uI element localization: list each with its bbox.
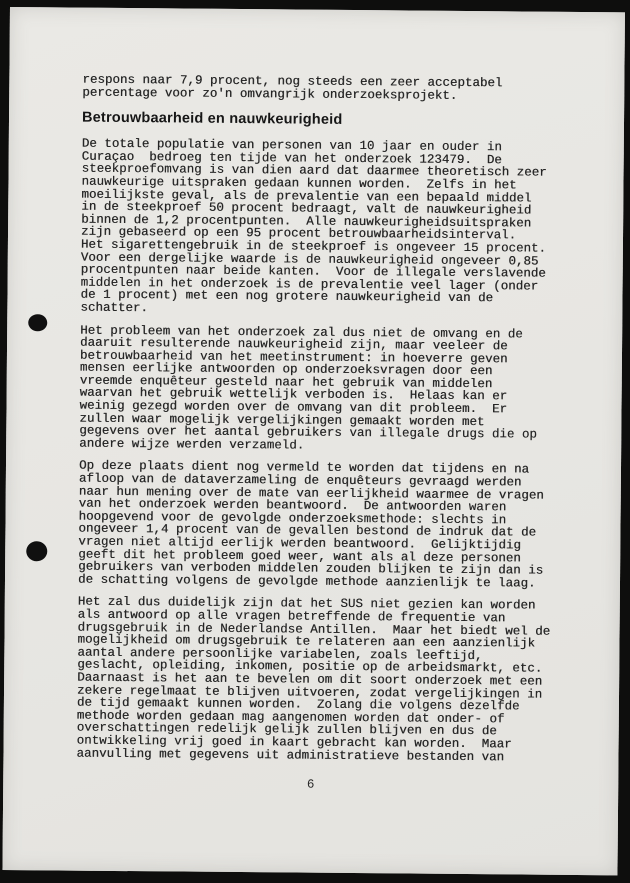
hole-punch-top — [28, 314, 47, 331]
intro-paragraph: respons naar 7,9 procent, nog steeds een… — [82, 74, 582, 104]
paragraph: Op deze plaats dient nog vermeld te word… — [78, 460, 579, 590]
page-number: 6 — [3, 775, 618, 794]
body-paragraphs: De totale populatie van personen van 10 … — [76, 138, 581, 764]
paragraph: Het probleem van het onderzoek zal dus n… — [79, 324, 580, 454]
hole-punch-bottom — [26, 541, 47, 561]
section-heading: Betrouwbaarheid en nauwkeurigheid — [82, 111, 582, 130]
paragraph: Het zal dus duidelijk zijn dat het SUS n… — [76, 596, 577, 764]
text-line: aanvulling met gegevens uit administrati… — [76, 747, 576, 764]
text-line: de schatting volgens de gevolgde methode… — [78, 573, 578, 590]
scan-backdrop: respons naar 7,9 procent, nog steeds een… — [0, 0, 630, 883]
scanned-page: respons naar 7,9 procent, nog steeds een… — [2, 7, 625, 875]
paragraph: De totale populatie van personen van 10 … — [80, 138, 582, 319]
page-content: respons naar 7,9 procent, nog steeds een… — [76, 74, 582, 764]
